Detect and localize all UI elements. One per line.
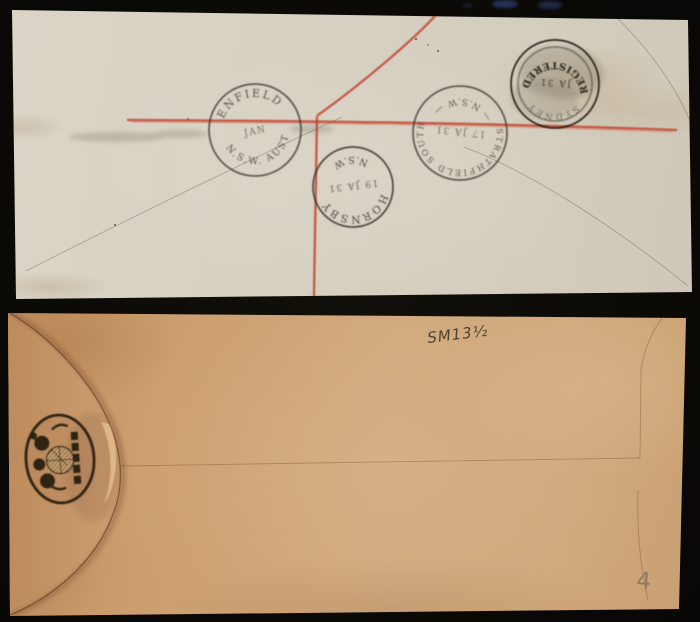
svg-text:N.S.W. AUST: N.S.W. AUST xyxy=(222,130,297,173)
svg-text:ENFIELD: ENFIELD xyxy=(211,80,288,122)
handwritten-note: SM13½ xyxy=(426,322,489,347)
envelope-seams xyxy=(120,317,663,600)
postmark-registered-sydney: SYDNEY — REGISTERED — JA 31 xyxy=(508,37,606,131)
postmark-hornsby: HORNSBY N.S.W 19 JA 31 xyxy=(308,142,397,231)
svg-text:— N.S.W —: — N.S.W — xyxy=(430,93,496,123)
bottom-envelope-back: SM13½ 4 xyxy=(8,312,687,618)
blue-ink-smudge xyxy=(492,0,518,8)
bottom-envelope-markings: SM13½ 4 xyxy=(8,312,687,618)
top-envelope-flap-creases xyxy=(26,13,690,286)
svg-text:19 JA 31: 19 JA 31 xyxy=(327,177,379,193)
top-envelope-back: ENFIELD N.S.W. AUST JAN HORNSBY N.S.W 19… xyxy=(12,9,693,301)
svg-text:N.S.W: N.S.W xyxy=(329,152,371,173)
postmark-strathfield-south: STRATHFIELD SOUTH — N.S.W — 17 JA 31 xyxy=(408,81,511,184)
svg-text:JAN: JAN xyxy=(242,125,267,140)
svg-text:HORNSBY: HORNSBY xyxy=(319,191,393,229)
blue-ink-smudge xyxy=(538,1,562,9)
photo-background: ENFIELD N.S.W. AUST JAN HORNSBY N.S.W 19… xyxy=(0,0,700,622)
registration-cross-lines xyxy=(128,9,676,296)
pencil-number: 4 xyxy=(636,568,652,595)
blue-ink-smudge xyxy=(462,3,473,8)
top-envelope-markings: ENFIELD N.S.W. AUST JAN HORNSBY N.S.W 19… xyxy=(12,9,693,301)
